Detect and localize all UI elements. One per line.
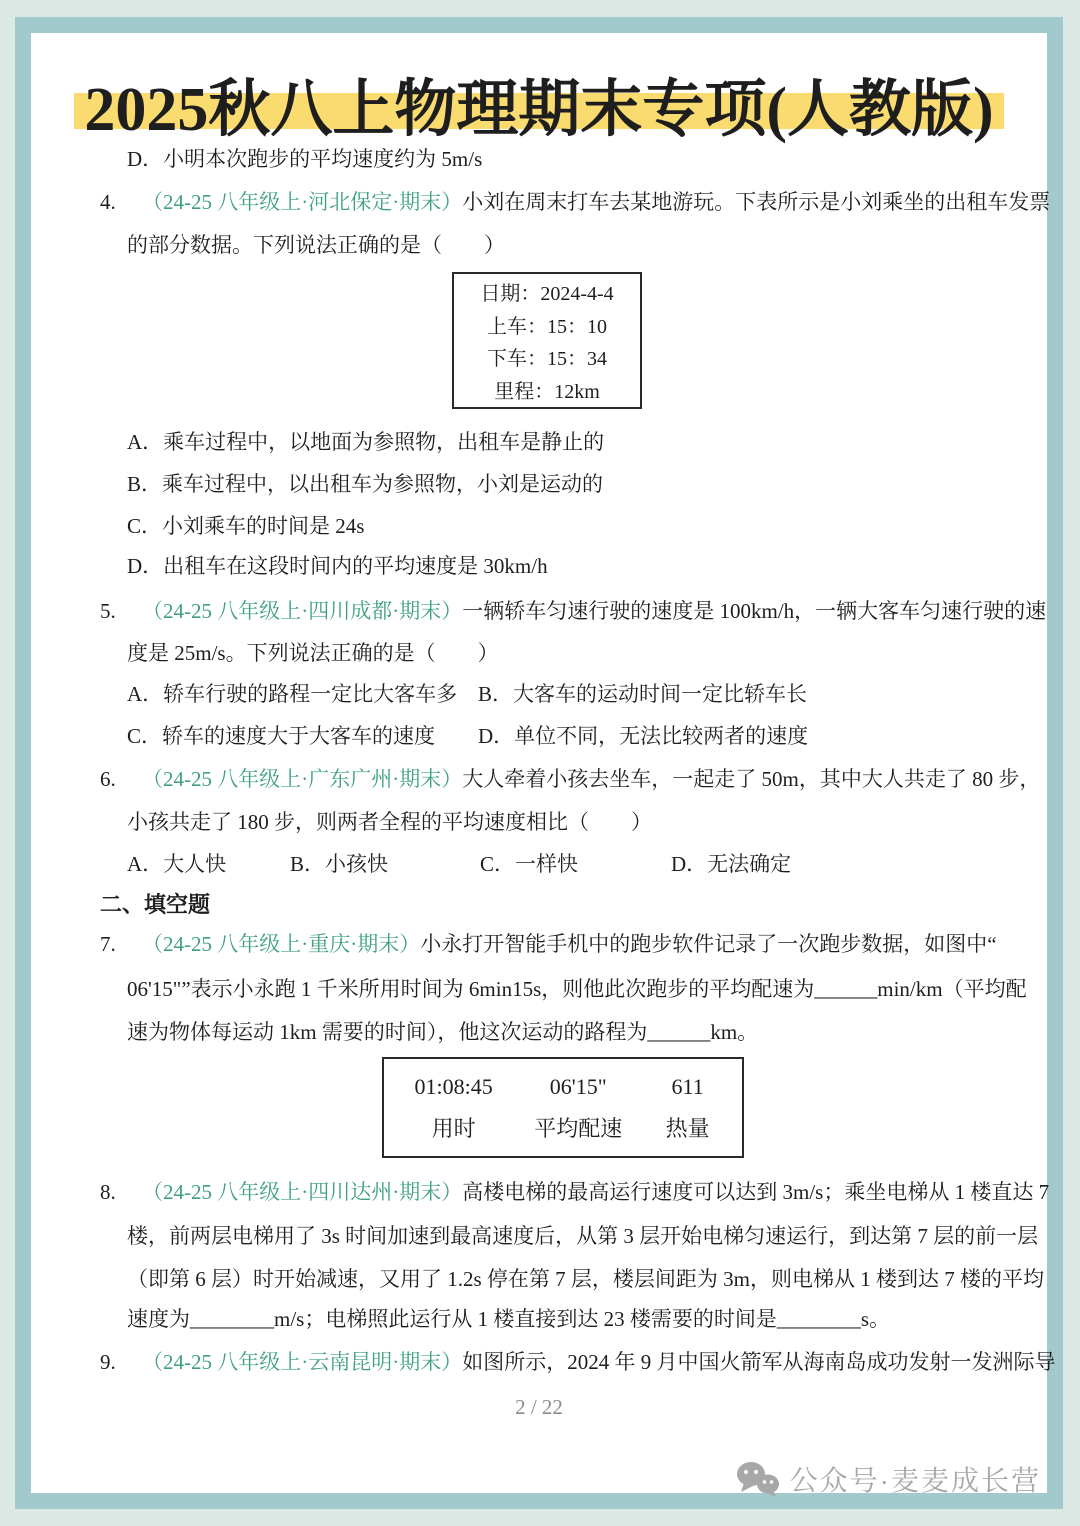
- question-5-line-2: 度是 25m/s。下列说法正确的是（ ）: [127, 639, 499, 667]
- stat-calories-label: 热量: [666, 1112, 710, 1143]
- question-9-line-1: 9.（24-25 八年级上·云南昆明·期末）如图所示，2024 年 9 月中国火…: [100, 1348, 1055, 1376]
- title-wrap: 2025秋八上物理期末专项(人教版): [84, 59, 993, 148]
- question-8-number: 8.: [100, 1178, 128, 1206]
- prev-question-option-d: D．小明本次跑步的平均速度约为 5m/s: [127, 145, 482, 173]
- question-6-stem: 大人牵着小孩去坐车，一起走了 50m，其中大人共走了 80 步，: [462, 767, 1040, 791]
- question-4-source-tag: （24-25 八年级上·河北保定·期末）: [142, 190, 462, 214]
- page-title: 2025秋八上物理期末专项(人教版): [84, 76, 993, 144]
- question-6-source-tag: （24-25 八年级上·广东广州·期末）: [142, 767, 462, 791]
- footer-label: 公众号·麦麦成长营: [790, 1459, 1041, 1499]
- question-7-line-1: 7.（24-25 八年级上·重庆·期末）小永打开智能手机中的跑步软件记录了一次跑…: [100, 930, 997, 958]
- question-5-source-tag: （24-25 八年级上·四川成都·期末）: [142, 599, 462, 623]
- question-9-source-tag: （24-25 八年级上·云南昆明·期末）: [142, 1350, 462, 1374]
- question-4-option-c: C．小刘乘车的时间是 24s: [127, 512, 364, 540]
- question-4-option-b: B．乘车过程中，以出租车为参照物，小刘是运动的: [127, 470, 603, 498]
- stat-pace-label: 平均配速: [534, 1112, 622, 1143]
- question-4-number: 4.: [100, 188, 128, 216]
- question-8-line-2: 楼，前两层电梯用了 3s 时间加速到最高速度后，从第 3 层开始电梯匀速运行，到…: [127, 1222, 1038, 1250]
- question-8-stem: 高楼电梯的最高运行速度可以达到 3m/s；乘坐电梯从 1 楼直达 7: [462, 1180, 1049, 1204]
- question-4-option-d: D．出租车在这段时间内的平均速度是 30km/h: [127, 552, 548, 580]
- question-4-line-2: 的部分数据。下列说法正确的是（ ）: [127, 231, 505, 259]
- question-8-line-3: （即第 6 层）时开始减速，又用了 1.2s 停在第 7 层，楼层间距为 3m，…: [127, 1265, 1044, 1293]
- stat-pace-value: 06'15": [550, 1074, 607, 1100]
- taxi-receipt-table: 日期：2024-4-4 上车：15：10 下车：15：34 里程：12km: [452, 272, 642, 409]
- question-6-line-2: 小孩共走了 180 步，则两者全程的平均速度相比（ ）: [127, 808, 652, 836]
- receipt-date-row: 日期：2024-4-4: [480, 277, 613, 306]
- question-5-option-a: A．轿车行驶的路程一定比大客车多: [127, 680, 457, 708]
- question-6-option-a: A．大人快: [127, 850, 226, 878]
- question-6-line-1: 6.（24-25 八年级上·广东广州·期末）大人牵着小孩去坐车，一起走了 50m…: [100, 765, 1040, 793]
- question-5-line-1: 5.（24-25 八年级上·四川成都·期末）一辆轿车匀速行驶的速度是 100km…: [100, 597, 1046, 625]
- footer-watermark: 公众号·麦麦成长营: [736, 1459, 1041, 1499]
- question-8-source-tag: （24-25 八年级上·四川达州·期末）: [142, 1180, 462, 1204]
- question-7-number: 7.: [100, 930, 128, 958]
- question-5-stem: 一辆轿车匀速行驶的速度是 100km/h，一辆大客车匀速行驶的速: [462, 599, 1046, 623]
- section-heading-fill-in-blanks: 二、填空题: [100, 891, 210, 919]
- question-4-stem: 小刘在周末打车去某地游玩。下表所示是小刘乘坐的出租车发票: [462, 190, 1050, 214]
- question-6-option-c: C．一样快: [480, 850, 578, 878]
- page-number: 2 / 22: [31, 1395, 1047, 1420]
- question-9-stem: 如图所示，2024 年 9 月中国火箭军从海南岛成功发射一发洲际导: [462, 1350, 1055, 1374]
- title-row: 2025秋八上物理期末专项(人教版): [31, 59, 1047, 148]
- question-9-number: 9.: [100, 1348, 128, 1376]
- question-5-number: 5.: [100, 597, 128, 625]
- receipt-dropoff-row: 下车：15：34: [487, 342, 607, 371]
- wechat-icon: [736, 1461, 780, 1497]
- receipt-mileage-row: 里程：12km: [494, 375, 600, 404]
- question-6-number: 6.: [100, 765, 128, 793]
- page-content: 2025秋八上物理期末专项(人教版) D．小明本次跑步的平均速度约为 5m/s …: [31, 33, 1047, 1493]
- question-7-source-tag: （24-25 八年级上·重庆·期末）: [142, 932, 420, 956]
- question-5-option-c: C．轿车的速度大于大客车的速度: [127, 722, 435, 750]
- question-4-line-1: 4.（24-25 八年级上·河北保定·期末）小刘在周末打车去某地游玩。下表所示是…: [100, 188, 1050, 216]
- receipt-pickup-row: 上车：15：10: [487, 310, 607, 339]
- stat-calories-value: 611: [672, 1074, 704, 1100]
- page-frame: 2025秋八上物理期末专项(人教版) D．小明本次跑步的平均速度约为 5m/s …: [15, 17, 1063, 1509]
- question-5-option-b: B．大客车的运动时间一定比轿车长: [478, 680, 807, 708]
- running-app-stats-table: 01:08:45 06'15" 611 用时 平均配速 热量: [382, 1057, 744, 1158]
- question-7-line-2: 06'15"”表示小永跑 1 千米所用时间为 6min15s，则他此次跑步的平均…: [127, 975, 1027, 1003]
- question-8-line-1: 8.（24-25 八年级上·四川达州·期末）高楼电梯的最高运行速度可以达到 3m…: [100, 1178, 1049, 1206]
- question-6-option-d: D．无法确定: [671, 850, 791, 878]
- question-7-line-3: 速为物体每运动 1km 需要的时间），他这次运动的路程为______km。: [127, 1018, 758, 1046]
- question-7-stem: 小永打开智能手机中的跑步软件记录了一次跑步数据，如图中“: [420, 932, 996, 956]
- question-5-option-d: D．单位不同，无法比较两者的速度: [478, 722, 808, 750]
- question-4-option-a: A．乘车过程中，以地面为参照物，出租车是静止的: [127, 428, 604, 456]
- stat-duration-label: 用时: [432, 1112, 476, 1143]
- question-8-line-4: 速度为________m/s；电梯照此运行从 1 楼直接到达 23 楼需要的时间…: [127, 1305, 890, 1333]
- stat-duration-value: 01:08:45: [414, 1074, 492, 1100]
- question-6-option-b: B．小孩快: [290, 850, 388, 878]
